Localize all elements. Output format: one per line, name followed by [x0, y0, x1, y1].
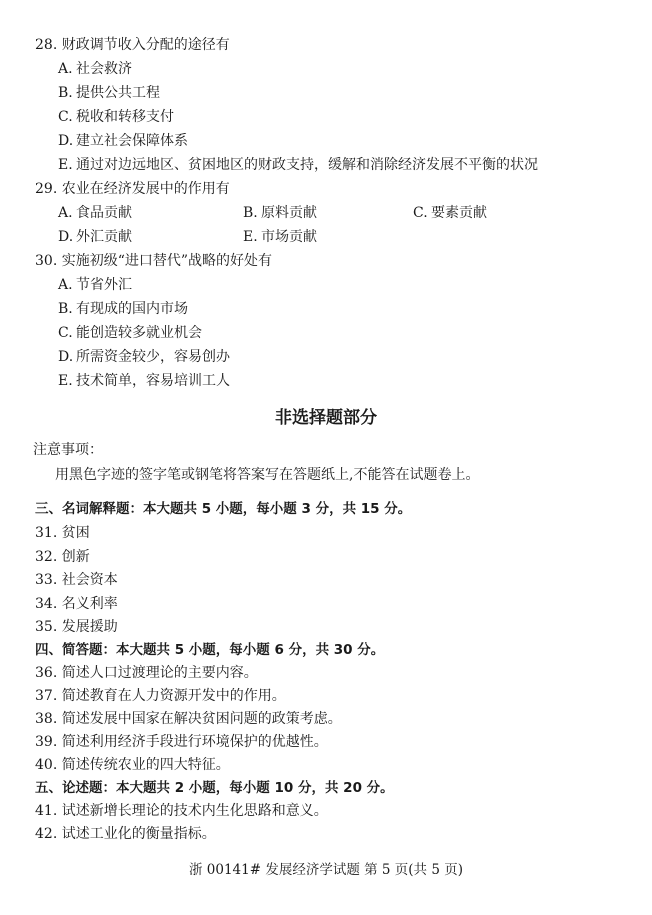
question-text: 发展援助 — [62, 619, 118, 635]
question-number: 42. — [35, 826, 57, 842]
question-text: 简述发展中国家在解决贫困问题的政策考虑。 — [62, 711, 342, 727]
option-29-e: E.市场贡献 — [243, 229, 317, 245]
question-number: 29. — [35, 181, 57, 197]
option-text: 食品贡献 — [76, 205, 132, 221]
page-footer: 浙 00141# 发展经济学试题 第 5 页(共 5 页) — [0, 862, 652, 878]
option-30-e: E.技术简单，容易培训工人 — [58, 373, 230, 389]
question-text: 简述人口过渡理论的主要内容。 — [62, 665, 258, 681]
option-29-c: C.要素贡献 — [413, 205, 487, 221]
option-label: B. — [58, 85, 76, 101]
question-34: 34. 名义利率 — [35, 596, 118, 612]
question-37: 37. 简述教育在人力资源开发中的作用。 — [35, 688, 286, 704]
question-text: 财政调节收入分配的途径有 — [62, 37, 230, 53]
option-label: C. — [413, 205, 431, 221]
option-28-d: D.建立社会保障体系 — [58, 133, 188, 149]
option-text: 税收和转移支付 — [76, 109, 174, 125]
option-label: E. — [58, 373, 76, 389]
option-text: 社会救济 — [76, 61, 132, 77]
question-text: 创新 — [62, 549, 90, 565]
option-text: 市场贡献 — [261, 229, 317, 245]
question-number: 33. — [35, 572, 57, 588]
option-text: 原料贡献 — [261, 205, 317, 221]
option-text: 节省外汇 — [76, 277, 132, 293]
question-number: 35. — [35, 619, 57, 635]
option-label: C. — [58, 109, 76, 125]
question-32: 32. 创新 — [35, 549, 90, 565]
question-text: 简述传统农业的四大特征。 — [62, 757, 230, 773]
option-text: 通过对边远地区、贫困地区的财政支持，缓解和消除经济发展不平衡的状况 — [76, 157, 538, 173]
option-label: B. — [58, 301, 76, 317]
question-number: 40. — [35, 757, 57, 773]
option-label: D. — [58, 133, 76, 149]
question-text: 农业在经济发展中的作用有 — [62, 181, 230, 197]
question-35: 35. 发展援助 — [35, 619, 118, 635]
option-text: 提供公共工程 — [76, 85, 160, 101]
option-label: D. — [58, 349, 76, 365]
question-33: 33. 社会资本 — [35, 572, 118, 588]
notice-title: 注意事项： — [33, 442, 103, 458]
section-title-5: 五、论述题：本大题共 2 小题，每小题 10 分，共 20 分。 — [35, 780, 394, 796]
option-label: E. — [58, 157, 76, 173]
option-text: 建立社会保障体系 — [76, 133, 188, 149]
option-28-e: E.通过对边远地区、贫困地区的财政支持，缓解和消除经济发展不平衡的状况 — [58, 157, 538, 173]
notice-body: 用黑色字迹的签字笔或钢笔将答案写在答题纸上,不能答在试题卷上。 — [55, 467, 479, 483]
option-label: B. — [243, 205, 261, 221]
question-number: 39. — [35, 734, 57, 750]
option-29-a: A.食品贡献 — [58, 205, 132, 221]
question-number: 34. — [35, 596, 57, 612]
option-text: 要素贡献 — [431, 205, 487, 221]
option-29-b: B.原料贡献 — [243, 205, 317, 221]
question-38: 38. 简述发展中国家在解决贫困问题的政策考虑。 — [35, 711, 342, 727]
question-number: 41. — [35, 803, 57, 819]
question-number: 31. — [35, 525, 57, 541]
option-label: A. — [58, 277, 76, 293]
option-30-a: A.节省外汇 — [58, 277, 132, 293]
question-29: 29. 农业在经济发展中的作用有 — [35, 181, 230, 197]
question-text: 名义利率 — [62, 596, 118, 612]
question-text: 简述利用经济手段进行环境保护的优越性。 — [62, 734, 328, 750]
question-text: 贫困 — [62, 525, 90, 541]
question-40: 40. 简述传统农业的四大特征。 — [35, 757, 230, 773]
option-text: 所需资金较少，容易创办 — [76, 349, 230, 365]
question-42: 42. 试述工业化的衡量指标。 — [35, 826, 216, 842]
question-31: 31. 贫困 — [35, 525, 90, 541]
option-label: A. — [58, 205, 76, 221]
question-number: 28. — [35, 37, 57, 53]
question-39: 39. 简述利用经济手段进行环境保护的优越性。 — [35, 734, 328, 750]
option-label: E. — [243, 229, 261, 245]
question-36: 36. 简述人口过渡理论的主要内容。 — [35, 665, 258, 681]
option-text: 外汇贡献 — [76, 229, 132, 245]
option-text: 有现成的国内市场 — [76, 301, 188, 317]
option-30-c: C.能创造较多就业机会 — [58, 325, 202, 341]
option-28-c: C.税收和转移支付 — [58, 109, 174, 125]
question-number: 37. — [35, 688, 57, 704]
option-label: C. — [58, 325, 76, 341]
question-41: 41. 试述新增长理论的技术内生化思路和意义。 — [35, 803, 328, 819]
question-text: 试述新增长理论的技术内生化思路和意义。 — [62, 803, 328, 819]
option-text: 技术简单，容易培训工人 — [76, 373, 230, 389]
question-number: 30. — [35, 253, 57, 269]
question-text: 社会资本 — [62, 572, 118, 588]
question-text: 简述教育在人力资源开发中的作用。 — [62, 688, 286, 704]
option-29-d: D.外汇贡献 — [58, 229, 132, 245]
part-heading: 非选择题部分 — [0, 408, 652, 428]
option-label: A. — [58, 61, 76, 77]
option-30-b: B.有现成的国内市场 — [58, 301, 188, 317]
option-30-d: D.所需资金较少，容易创办 — [58, 349, 230, 365]
section-title-4: 四、简答题：本大题共 5 小题，每小题 6 分，共 30 分。 — [35, 642, 384, 658]
section-title-3: 三、名词解释题：本大题共 5 小题，每小题 3 分，共 15 分。 — [35, 501, 411, 517]
option-28-a: A.社会救济 — [58, 61, 132, 77]
question-30: 30. 实施初级“进口替代”战略的好处有 — [35, 253, 272, 269]
option-text: 能创造较多就业机会 — [76, 325, 202, 341]
question-number: 36. — [35, 665, 57, 681]
question-text: 实施初级“进口替代”战略的好处有 — [62, 253, 272, 269]
question-number: 32. — [35, 549, 57, 565]
question-text: 试述工业化的衡量指标。 — [62, 826, 216, 842]
question-28: 28. 财政调节收入分配的途径有 — [35, 37, 230, 53]
question-number: 38. — [35, 711, 57, 727]
option-28-b: B.提供公共工程 — [58, 85, 160, 101]
option-label: D. — [58, 229, 76, 245]
